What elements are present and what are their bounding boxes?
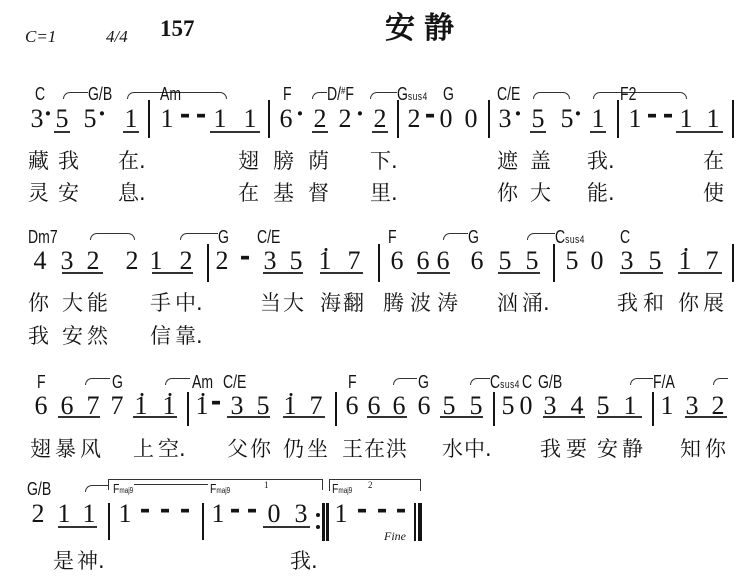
- lyric-syllable: 我: [28, 325, 49, 347]
- lyric-syllable: 当: [260, 292, 281, 314]
- lyric-syllable: 静: [622, 438, 643, 460]
- eighth-note-underline: [590, 131, 606, 133]
- barline: [202, 503, 204, 540]
- eighth-note-underline: [152, 272, 193, 274]
- lyric-syllable: 洪: [386, 438, 407, 460]
- chord-root: C: [555, 227, 565, 247]
- eighth-note-underline: [543, 416, 585, 418]
- lyric-syllable: 在: [364, 438, 385, 460]
- lyric-syllable: 你: [250, 438, 271, 460]
- chord-symbol: C: [522, 373, 532, 391]
- note: 5: [526, 248, 539, 274]
- augmentation-dot: ·: [98, 101, 107, 127]
- hold-dash: -: [140, 497, 151, 523]
- eighth-note-underline: [417, 272, 450, 274]
- tie-arc: [470, 378, 490, 385]
- eighth-note-underline: [227, 416, 270, 418]
- note: 2: [339, 106, 352, 132]
- hold-dash: -: [180, 102, 191, 128]
- lyric-syllable: 使: [703, 182, 724, 204]
- chord-extension: maj9: [216, 486, 230, 495]
- note: 2: [180, 248, 193, 274]
- note: 2: [408, 106, 421, 132]
- hold-dash: -: [663, 102, 674, 128]
- chord-symbol: F: [388, 228, 397, 246]
- eighth-note-underline: [312, 131, 328, 133]
- lyric-syllable: 风: [80, 438, 101, 460]
- barline: [322, 503, 325, 541]
- note: 1: [125, 106, 138, 132]
- note-high-octave: 1: [679, 248, 692, 274]
- lyric-syllable: 靠.: [175, 325, 203, 347]
- note: 6: [471, 248, 484, 274]
- lyric-syllable: 我: [617, 292, 638, 314]
- lyric-syllable: 翻: [343, 292, 364, 314]
- chord-symbol: F: [348, 373, 357, 391]
- note: 7: [111, 393, 124, 419]
- lyric-syllable: 坐: [307, 438, 328, 460]
- song-title: 安静: [385, 13, 463, 45]
- barline: [652, 392, 654, 426]
- chord-extension: maj9: [338, 486, 352, 495]
- tie-arc: [713, 378, 728, 385]
- sheet-music-page: C=1 4/4 157 安静 C G/B Am F D/#F Gsus4 G C…: [0, 0, 748, 583]
- lyric-syllable: 汹: [497, 292, 518, 314]
- barline: [553, 244, 555, 282]
- chord-symbol: F/A: [653, 373, 675, 391]
- augmentation-dot: ·: [574, 101, 583, 127]
- tie-arc: [527, 233, 555, 240]
- barline: [187, 392, 189, 426]
- volta-number-2: 2: [368, 481, 373, 490]
- note: 2: [87, 248, 100, 274]
- chord-symbol: F: [37, 373, 46, 391]
- note: 5: [502, 393, 515, 419]
- lyric-syllable: 展: [703, 292, 724, 314]
- rest: 0: [591, 248, 604, 274]
- lyric-syllable: 空.: [158, 438, 186, 460]
- lyric-syllable: 能.: [587, 182, 615, 204]
- barline: [207, 244, 209, 282]
- repeat-dot: [316, 525, 320, 529]
- note: 6: [417, 248, 430, 274]
- eighth-note-underline: [263, 526, 310, 528]
- note: 5: [84, 106, 97, 132]
- lyric-syllable: 神.: [77, 550, 105, 572]
- rest: 0: [268, 501, 281, 527]
- tie-arc: [90, 233, 135, 240]
- note: 3: [264, 248, 277, 274]
- note: 4: [34, 248, 47, 274]
- chord-extension-line: [134, 484, 208, 485]
- hold-dash: -: [196, 102, 207, 128]
- note: 1: [629, 106, 642, 132]
- lyric-syllable: 你: [678, 292, 699, 314]
- lyric-syllable: 我: [540, 438, 561, 460]
- chord-symbol: Gsus4: [397, 85, 428, 106]
- chord-symbol: Fmaj9: [332, 482, 352, 497]
- eighth-note-underline: [263, 272, 303, 274]
- note: 6: [35, 393, 48, 419]
- lyric-syllable: 你: [28, 292, 49, 314]
- lyric-syllable: 荫: [308, 150, 329, 172]
- lyric-syllable: 在: [238, 182, 259, 204]
- eighth-note-underline: [54, 131, 70, 133]
- chord-symbol: Am: [160, 85, 181, 103]
- note: 1: [58, 501, 71, 527]
- note: 6: [391, 248, 404, 274]
- lyric-syllable: 安: [58, 182, 79, 204]
- note: 2: [216, 248, 229, 274]
- eighth-note-underline: [62, 272, 103, 274]
- chord-symbol: G: [468, 228, 479, 246]
- note: 3: [621, 248, 634, 274]
- barline: [397, 100, 399, 138]
- rest: 0: [465, 106, 478, 132]
- lyric-syllable: 上: [133, 438, 154, 460]
- barline: [335, 392, 337, 426]
- barline: [378, 244, 380, 282]
- tie-arc: [630, 378, 653, 385]
- chord-symbol: G/B: [27, 480, 51, 498]
- lyric-syllable: 我.: [587, 150, 615, 172]
- eighth-note-underline: [372, 131, 388, 133]
- chord-symbol: D/#F: [327, 85, 354, 103]
- hold-dash: -: [377, 497, 388, 523]
- hold-dash: -: [357, 497, 368, 523]
- lyric-syllable: 下.: [370, 150, 398, 172]
- tie-arc: [312, 92, 327, 99]
- note: 6: [346, 393, 359, 419]
- note: 5: [649, 248, 662, 274]
- note: 7: [706, 248, 719, 274]
- lyric-syllable: 涛: [437, 292, 458, 314]
- lyric-syllable: 膀: [273, 150, 294, 172]
- lyric-syllable: 海: [320, 292, 341, 314]
- eighth-note-underline: [210, 131, 260, 133]
- note: 1: [83, 501, 96, 527]
- augmentation-dot: ·: [296, 101, 305, 127]
- note: 3: [295, 501, 308, 527]
- lyric-syllable: 然: [87, 325, 108, 347]
- note: 3: [499, 106, 512, 132]
- lyric-syllable: 是: [53, 550, 74, 572]
- note: 1: [680, 106, 693, 132]
- chord-symbol: Fmaj9: [210, 482, 230, 497]
- lyric-syllable: 灵: [28, 182, 49, 204]
- lyric-syllable: 波: [410, 292, 431, 314]
- time-signature: 4/4: [106, 28, 128, 45]
- note: 1: [707, 106, 720, 132]
- chord-root: D/: [327, 84, 341, 104]
- lyric-syllable: 盖: [530, 150, 551, 172]
- lyric-syllable: 涌.: [522, 292, 550, 314]
- chord-root: C: [490, 372, 500, 392]
- note: 2: [374, 106, 387, 132]
- eighth-note-underline: [133, 416, 177, 418]
- lyric-syllable: 腾: [383, 292, 404, 314]
- chord-symbol: Dm7: [28, 228, 58, 246]
- lyric-syllable: 基: [273, 182, 294, 204]
- note: 1: [212, 501, 225, 527]
- lyric-syllable: 我: [58, 150, 79, 172]
- chord-bass: F: [345, 84, 354, 104]
- augmentation-dot: ·: [514, 101, 523, 127]
- note: 5: [566, 248, 579, 274]
- eighth-note-underline: [530, 131, 546, 133]
- note: 3: [61, 248, 74, 274]
- note: 1: [335, 501, 348, 527]
- note: 1: [592, 106, 605, 132]
- tie-arc: [85, 378, 110, 385]
- note-high-octave: 1: [319, 248, 332, 274]
- tie-arc: [63, 92, 88, 99]
- lyric-syllable: 中.: [175, 292, 203, 314]
- augmentation-dot: ·: [356, 101, 365, 127]
- chord-symbol: G/B: [538, 373, 562, 391]
- lyric-syllable: 安: [597, 438, 618, 460]
- chord-symbol: C/E: [257, 228, 280, 246]
- barline: [108, 503, 110, 540]
- eighth-note-underline: [320, 272, 363, 274]
- fine-marking: Fine: [384, 530, 406, 542]
- chord-extension: sus4: [565, 234, 585, 246]
- lyric-syllable: 翅: [238, 150, 259, 172]
- lyric-syllable: 你: [497, 182, 518, 204]
- eighth-note-underline: [685, 416, 727, 418]
- chord-symbol: C: [620, 228, 630, 246]
- hold-dash: -: [240, 244, 251, 270]
- volta-number-1: 1: [264, 481, 269, 490]
- note: 6: [280, 106, 293, 132]
- chord-extension: maj9: [119, 486, 133, 495]
- note: 1: [119, 501, 132, 527]
- barline: [493, 392, 495, 426]
- barline: [732, 244, 734, 282]
- note: 5: [56, 106, 69, 132]
- lyric-syllable: 中.: [464, 438, 492, 460]
- hold-dash: -: [647, 102, 658, 128]
- eighth-note-underline: [678, 272, 722, 274]
- lyric-syllable: 息.: [118, 182, 146, 204]
- note: 1: [661, 393, 674, 419]
- note: 5: [561, 106, 574, 132]
- tie-arc: [393, 378, 417, 385]
- eighth-note-underline: [123, 131, 139, 133]
- lyric-syllable: 遮: [497, 150, 518, 172]
- barline: [488, 100, 490, 138]
- lyric-syllable: 仍: [283, 438, 304, 460]
- note: 1: [150, 248, 163, 274]
- note: 5: [532, 106, 545, 132]
- lyric-syllable: 安: [62, 325, 83, 347]
- chord-symbol: Fmaj9: [113, 482, 133, 497]
- hold-dash: -: [230, 497, 241, 523]
- barline: [732, 100, 734, 138]
- repeat-dot: [316, 513, 320, 517]
- tie-arc: [165, 378, 190, 385]
- song-number: 157: [160, 17, 195, 40]
- tie-arc: [533, 92, 570, 99]
- chord-extension: sus4: [500, 379, 520, 391]
- hold-dash: -: [425, 102, 436, 128]
- eighth-note-underline: [283, 416, 325, 418]
- lyric-syllable: 翅: [30, 438, 51, 460]
- lyric-syllable: 信: [150, 325, 171, 347]
- note: 2: [314, 106, 327, 132]
- note: 1: [244, 106, 257, 132]
- lyric-syllable: 里.: [370, 182, 398, 204]
- rest: 0: [440, 106, 453, 132]
- tie-arc: [443, 233, 468, 240]
- lyric-syllable: 要: [566, 438, 587, 460]
- barline: [268, 100, 270, 138]
- augmentation-dot: ·: [44, 101, 53, 127]
- eighth-note-underline: [367, 416, 407, 418]
- rest: 0: [520, 393, 533, 419]
- lyric-syllable: 暴: [55, 438, 76, 460]
- eighth-note-underline: [58, 526, 97, 528]
- lyric-syllable: 藏: [28, 150, 49, 172]
- tie-arc: [180, 233, 218, 240]
- note: 2: [32, 501, 45, 527]
- note: 5: [290, 248, 303, 274]
- hold-dash: -: [180, 497, 191, 523]
- chord-symbol: F2: [620, 85, 636, 103]
- eighth-note-underline: [597, 416, 642, 418]
- chord-symbol: G: [218, 228, 229, 246]
- note: 3: [31, 106, 44, 132]
- lyric-syllable: 你: [705, 438, 726, 460]
- barline: [148, 100, 150, 138]
- lyric-syllable: 王: [342, 438, 363, 460]
- lyric-syllable: 父: [227, 438, 248, 460]
- tie-arc: [85, 485, 108, 492]
- chord-symbol: C/E: [223, 373, 246, 391]
- lyric-syllable: 和: [643, 292, 664, 314]
- lyric-syllable: 大: [530, 182, 551, 204]
- lyric-syllable: 水: [442, 438, 463, 460]
- key-signature: C=1: [25, 28, 56, 45]
- note: 6: [418, 393, 431, 419]
- hold-dash: -: [211, 389, 222, 415]
- note: 7: [348, 248, 361, 274]
- hold-dash: -: [247, 497, 258, 523]
- chord-symbol: G: [112, 373, 123, 391]
- note: 2: [126, 248, 139, 274]
- lyric-syllable: 大: [283, 292, 304, 314]
- eighth-note-underline: [440, 416, 483, 418]
- note: 6: [437, 248, 450, 274]
- lyric-syllable: 能: [87, 292, 108, 314]
- barline: [418, 503, 422, 541]
- lyric-syllable: 督: [308, 182, 329, 204]
- tie-arc: [593, 92, 687, 99]
- barline: [617, 100, 619, 138]
- lyric-syllable: 手: [150, 292, 171, 314]
- hold-dash: -: [396, 497, 407, 523]
- barline: [326, 503, 329, 541]
- lyric-syllable: 大: [62, 292, 83, 314]
- note: 1: [161, 106, 174, 132]
- eighth-note-underline: [620, 272, 663, 274]
- chord-symbol: G: [418, 373, 429, 391]
- eighth-note-underline: [498, 272, 540, 274]
- lyric-syllable: 我.: [290, 550, 318, 572]
- chord-symbol: G: [443, 85, 454, 103]
- tie-arc: [370, 92, 397, 99]
- note-high-octave: 1: [196, 393, 209, 419]
- eighth-note-underline: [58, 416, 100, 418]
- barline: [414, 503, 416, 541]
- eighth-note-underline: [676, 131, 723, 133]
- chord-symbol: F: [283, 85, 292, 103]
- note: 5: [499, 248, 512, 274]
- note: 1: [214, 106, 227, 132]
- lyric-syllable: 在.: [118, 150, 146, 172]
- lyric-syllable: 知: [680, 438, 701, 460]
- hold-dash: -: [160, 497, 171, 523]
- lyric-syllable: 在: [703, 150, 724, 172]
